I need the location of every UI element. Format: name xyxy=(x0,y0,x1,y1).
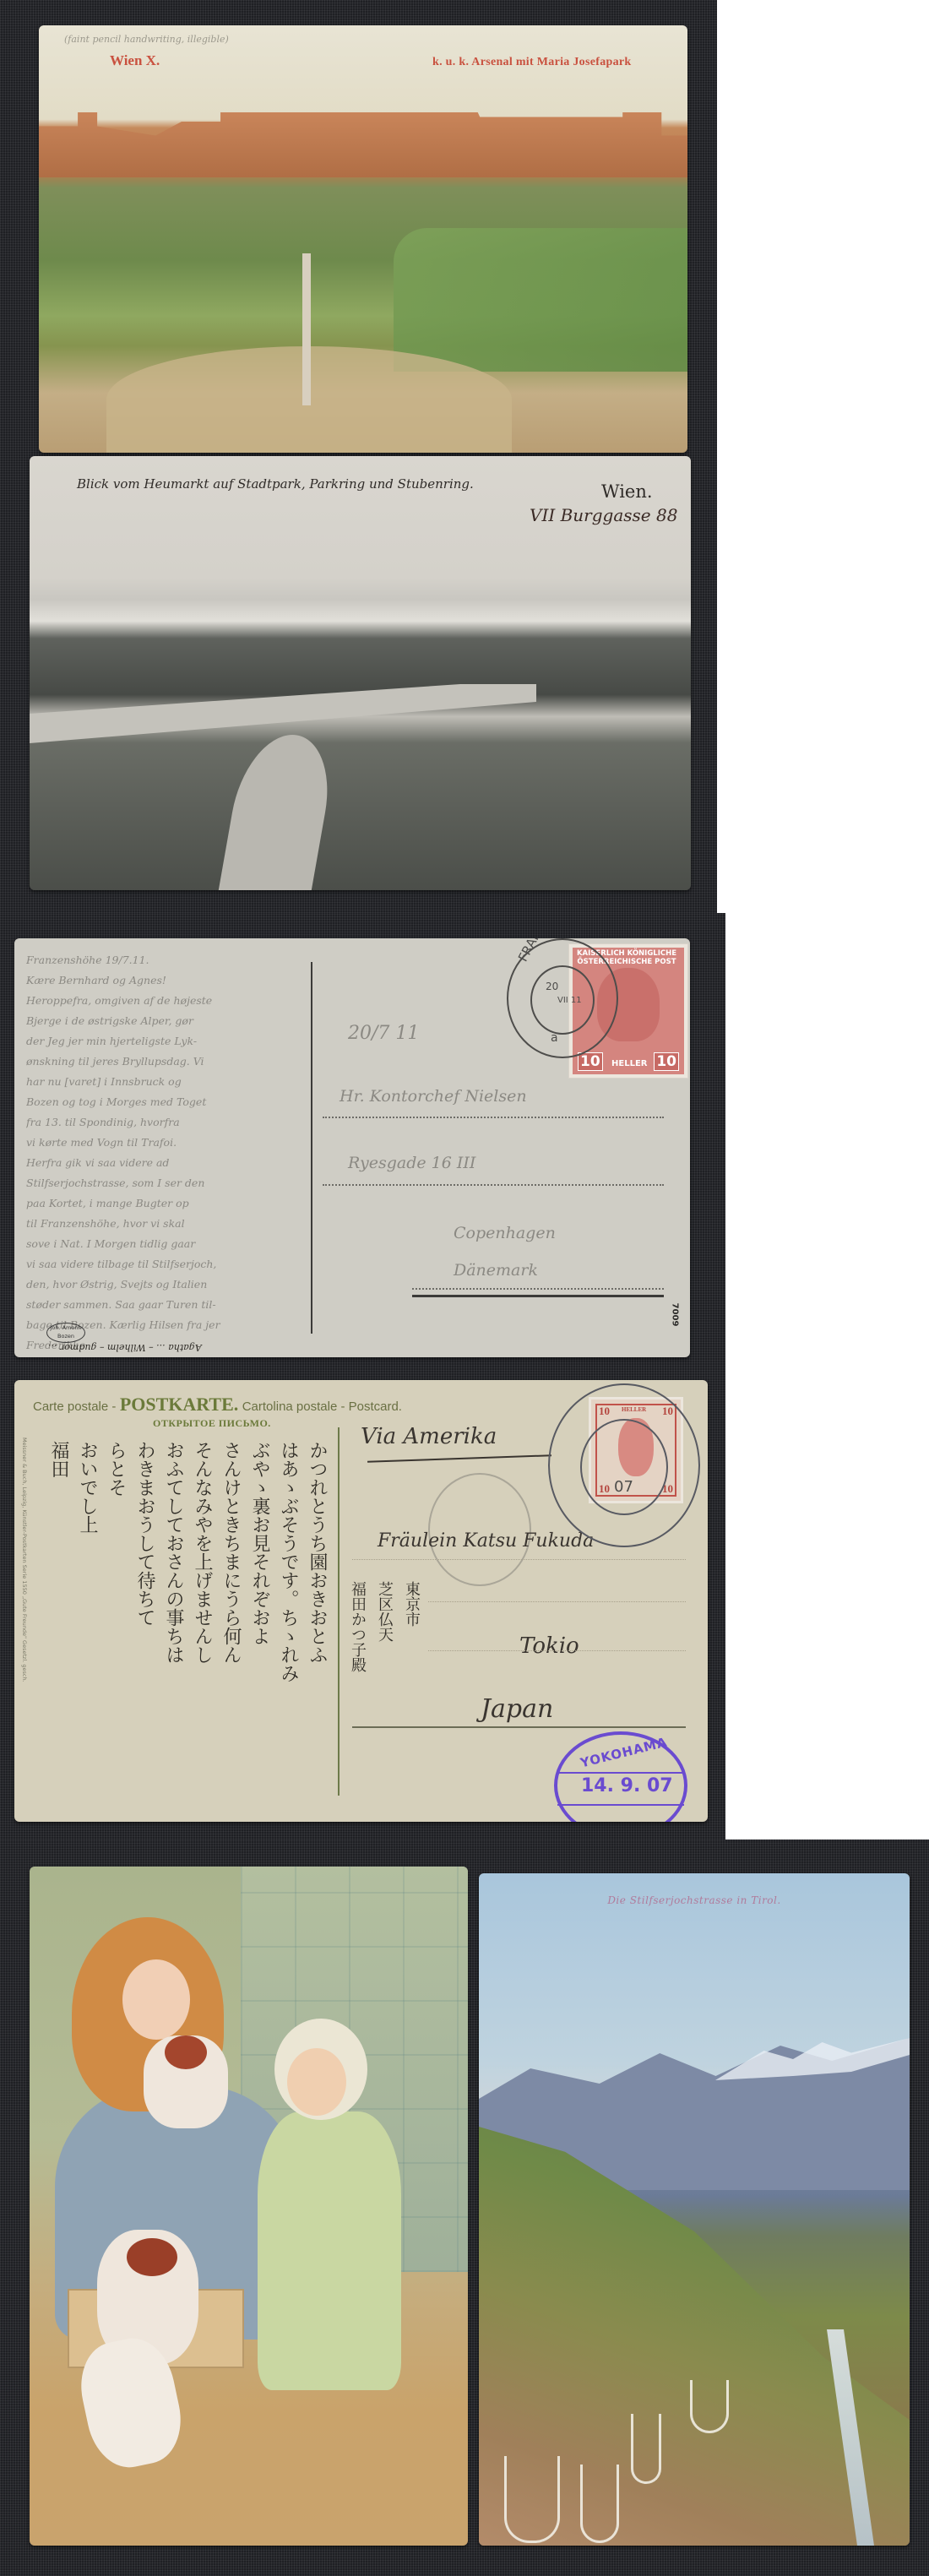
monument-column-illustration xyxy=(302,253,311,405)
message-line: Bjerge i de østrigske Alper, gør xyxy=(26,1011,305,1031)
message-line: fra 13. til Spondinig, hvorfra xyxy=(26,1112,305,1133)
handwritten-address: VII Burggasse 88 xyxy=(530,505,677,525)
card-divider-line xyxy=(311,962,312,1334)
card-divider-line xyxy=(338,1427,340,1796)
message-line: vi kørte med Vogn til Trafoi. xyxy=(26,1133,305,1153)
postmark-franzenshoehe: FRAN… 20 VII 11 a xyxy=(507,938,618,1058)
japanese-address-column: 福田かつ子殿 xyxy=(346,1581,368,1672)
puppy-ear xyxy=(127,2238,177,2276)
park-lawn-illustration xyxy=(394,228,687,372)
postcard-japan-back: Carte postale - POSTKARTE. Cartolina pos… xyxy=(14,1380,708,1822)
message-line: Franzenshöhe 19/7.11. xyxy=(26,950,305,970)
message-line: har nu [varet] i Innsbruck og xyxy=(26,1072,305,1092)
postmark-vienna: 07 xyxy=(548,1383,700,1547)
switchback-road xyxy=(690,2380,729,2433)
message-line: paa Kortet, i mange Bugter op xyxy=(26,1193,305,1214)
message-line: Kære Bernhard og Agnes! xyxy=(26,970,305,991)
publisher-imprint: Meissner & Buch, Leipzig, Künstler-Postk… xyxy=(21,1437,28,1682)
address-rule xyxy=(428,1601,686,1602)
message-line: til Franzenshöhe, hvor vi skal xyxy=(26,1214,305,1234)
address-rule xyxy=(352,1559,686,1560)
imprint-line: Joh. Amonn xyxy=(47,1323,84,1332)
switchback-road xyxy=(504,2456,560,2543)
postmark-letter: a xyxy=(551,1031,558,1045)
card-title-location: Wien X. xyxy=(110,52,160,69)
upside-down-footnote: Agatha ... – Wilhelm – gudmor ... xyxy=(48,1342,202,1353)
message-line: sove i Nat. I Morgen tidlig gaar xyxy=(26,1234,305,1254)
card-title-city: Wien. xyxy=(601,481,653,502)
imprint-line: Bozen xyxy=(47,1332,84,1340)
address-rule-solid xyxy=(412,1295,664,1297)
postmark-year: 07 xyxy=(614,1478,633,1496)
address-rule-solid xyxy=(352,1726,686,1728)
postcard-stadtpark-front: Blick vom Heumarkt auf Stadtpark, Parkri… xyxy=(30,456,691,890)
address-line-2: Ryesgade 16 III xyxy=(348,1154,475,1172)
recipient-city: Tokio xyxy=(519,1633,579,1659)
japanese-address-column: 芝区仏天 xyxy=(373,1581,395,1672)
routing-underline xyxy=(367,1454,551,1463)
handwritten-message: Franzenshöhe 19/7.11.Kære Bernhard og Ag… xyxy=(26,950,305,1356)
japanese-message: かつれとうち園おきおとふはあゝぶそうです。ちゝれみぶやゝ裏お見それぞおよさんけと… xyxy=(48,1441,327,1804)
publisher-imprint: Joh. Amonn Bozen xyxy=(46,1323,85,1343)
pencil-handwriting: (faint pencil handwriting, illegible) xyxy=(64,34,229,45)
message-line: Herfra gik vi saa videre ad xyxy=(26,1153,305,1173)
faint-transit-postmark xyxy=(428,1473,531,1586)
stamp-denomination: HELLER xyxy=(611,1059,647,1068)
message-line: vi saa videre tilbage til Stilfserjoch, xyxy=(26,1254,305,1274)
puppy-ear xyxy=(165,2035,207,2069)
message-line: Bozen og tog i Morges med Toget xyxy=(26,1092,305,1112)
message-line: Stilfserjochstrasse, som I ser den xyxy=(26,1173,305,1193)
japanese-message-column: そんなみやを上げませんし xyxy=(192,1441,212,1804)
japanese-message-column: わきまおうして待ちて xyxy=(134,1441,155,1804)
card-number: 7009 xyxy=(670,1303,679,1327)
japanese-message-column: はあゝぶそうです。ちゝれみ xyxy=(278,1441,298,1804)
card-title-caption: Blick vom Heumarkt auf Stadtpark, Parkri… xyxy=(77,476,474,492)
arsenal-building-illustration xyxy=(39,84,687,177)
address-line-1: Hr. Kontorchef Nielsen xyxy=(340,1087,527,1106)
routing-note: Via Amerika xyxy=(361,1424,497,1449)
address-line-4: Dänemark xyxy=(454,1261,538,1280)
older-girl-face xyxy=(122,1959,190,2040)
message-line: ønskning til jeres Bryllupsdag. Vi xyxy=(26,1052,305,1072)
switchback-road xyxy=(580,2465,619,2543)
postmark-yokohama: YOKOHAMA 14. 9. 07 xyxy=(554,1731,687,1822)
switchback-road xyxy=(631,2414,661,2484)
stamp-value: 10 xyxy=(578,1052,603,1071)
address-rule xyxy=(428,1650,686,1651)
postcard-girls-with-dogs xyxy=(30,1867,468,2546)
postmark-town: FRAN… xyxy=(515,938,551,964)
park-wall-illustration xyxy=(30,684,536,743)
recipient-country: Japan xyxy=(481,1694,553,1724)
address-rule xyxy=(323,1184,664,1186)
postcard-arsenal-front: (faint pencil handwriting, illegible) Wi… xyxy=(39,25,687,453)
japanese-message-column: かつれとうち園おきおとふ xyxy=(307,1441,327,1804)
message-line: støder sammen. Saa gaar Turen til- xyxy=(26,1295,305,1315)
postcard-danish-back: Franzenshöhe 19/7.11.Kære Bernhard og Ag… xyxy=(14,938,690,1357)
message-line: den, hvor Østrig, Svejts og Italien xyxy=(26,1274,305,1295)
younger-girl-face xyxy=(287,2048,346,2116)
header-german: POSTKARTE. xyxy=(120,1394,238,1415)
japanese-address-column: 東京市 xyxy=(400,1581,422,1672)
address-rule xyxy=(323,1117,664,1118)
postmark-date: 14. 9. 07 xyxy=(581,1775,673,1796)
japanese-message-column: さんけときちまにうら何ん xyxy=(220,1441,241,1804)
address-rule xyxy=(412,1288,664,1290)
header-french: Carte postale - xyxy=(33,1399,116,1414)
park-walkway-illustration xyxy=(219,735,339,890)
japanese-address: 東京市芝区仏天福田かつ子殿 xyxy=(346,1581,422,1672)
recipient-name: Fräulein Katsu Fukuda xyxy=(378,1530,594,1552)
japanese-message-column: らとそ xyxy=(106,1441,126,1804)
handwritten-date: 20/7 11 xyxy=(348,1023,419,1044)
younger-girl-dress xyxy=(258,2111,401,2390)
message-line: Heroppefra, omgiven af de højeste xyxy=(26,991,305,1011)
card-title-caption: Die Stilfserjochstrasse in Tirol. xyxy=(479,1894,910,1906)
address-line-3: Copenhagen xyxy=(454,1224,556,1242)
postmark-day: 20 xyxy=(546,981,558,992)
card-title-caption: k. u. k. Arsenal mit Maria Josefapark xyxy=(432,56,632,69)
header-italian-english: Cartolina postale - Postcard. xyxy=(242,1399,402,1414)
japanese-message-column: おふてしておさんの事ちは xyxy=(163,1441,183,1804)
postcard-stilfserjoch: Die Stilfserjochstrasse in Tirol. xyxy=(479,1873,910,2546)
postmark-city: YOKOHAMA xyxy=(579,1735,669,1771)
postmark-inner-ring xyxy=(580,1419,668,1515)
stamp-value: 10 xyxy=(654,1052,679,1071)
japanese-message-column: ぶやゝ裏お見それぞおよ xyxy=(249,1441,269,1804)
header-russian: ОТКРЫТОЕ ПИСЬМО. xyxy=(153,1417,271,1430)
japanese-message-column: 福田 xyxy=(48,1441,68,1804)
postmark-month: VII 11 xyxy=(557,996,582,1005)
message-line: der Jeg jer min hjerteligste Lyk- xyxy=(26,1031,305,1052)
postkarte-header: Carte postale - POSTKARTE. Cartolina pos… xyxy=(33,1394,402,1416)
japanese-message-column: おいでし上 xyxy=(77,1441,97,1804)
